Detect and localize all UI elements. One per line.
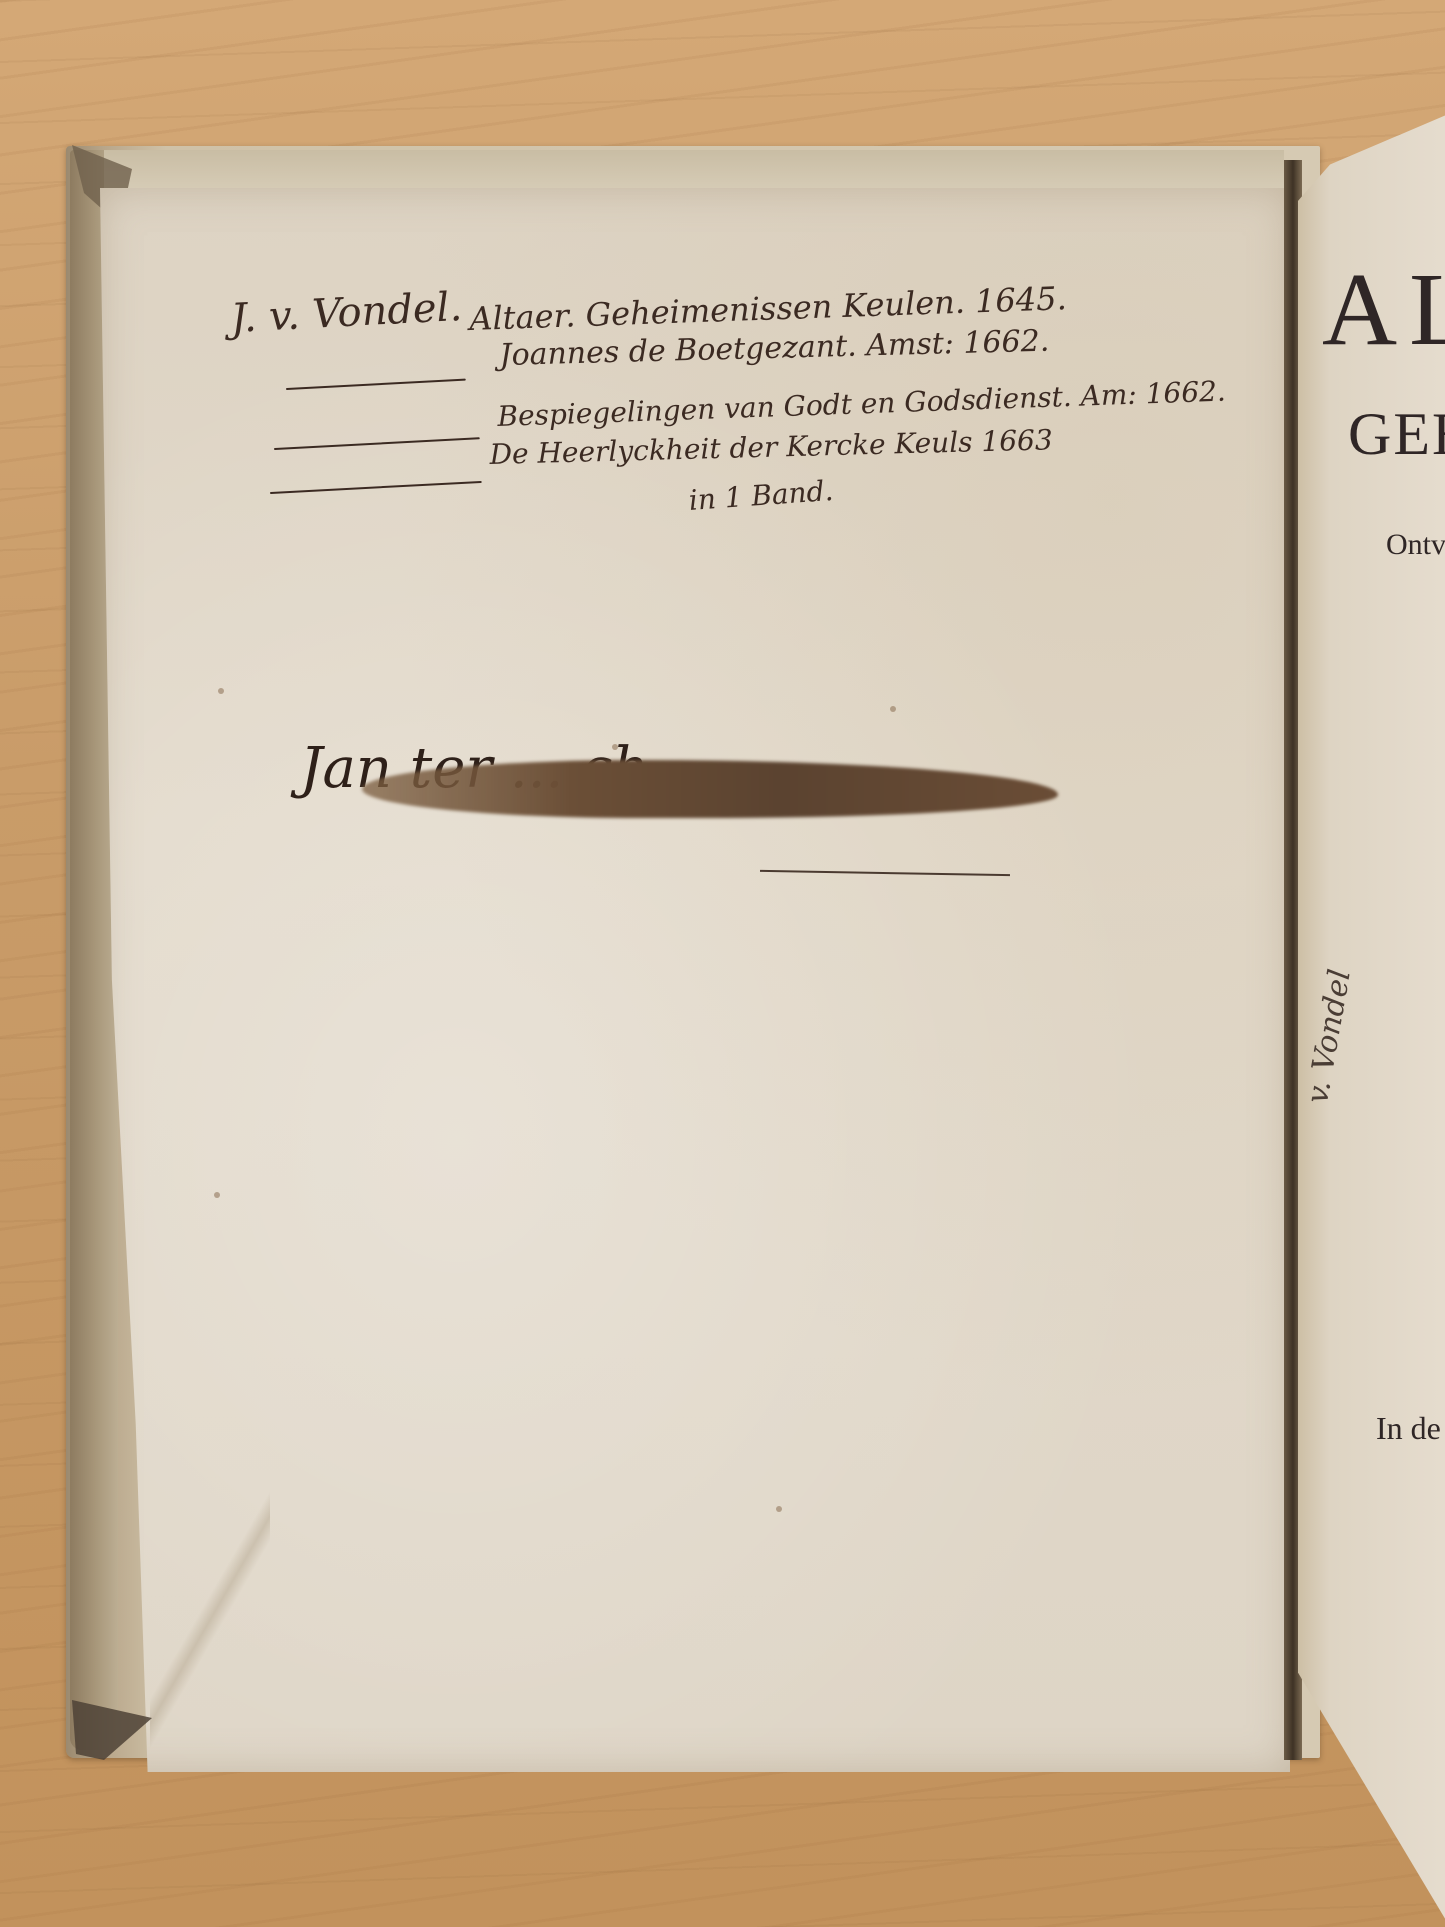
page-crease <box>150 1470 270 1770</box>
title-text: AL <box>1322 250 1445 369</box>
subtitle-text: GEH <box>1348 400 1445 469</box>
foxing-spot <box>612 744 618 750</box>
title-line-text: Ontve <box>1386 528 1445 562</box>
imprint-text: In de N <box>1376 1410 1445 1447</box>
foxing-spot <box>890 706 896 712</box>
foxing-spot <box>776 1506 782 1512</box>
foxing-spot <box>218 688 224 694</box>
foxing-spot <box>214 1192 220 1198</box>
